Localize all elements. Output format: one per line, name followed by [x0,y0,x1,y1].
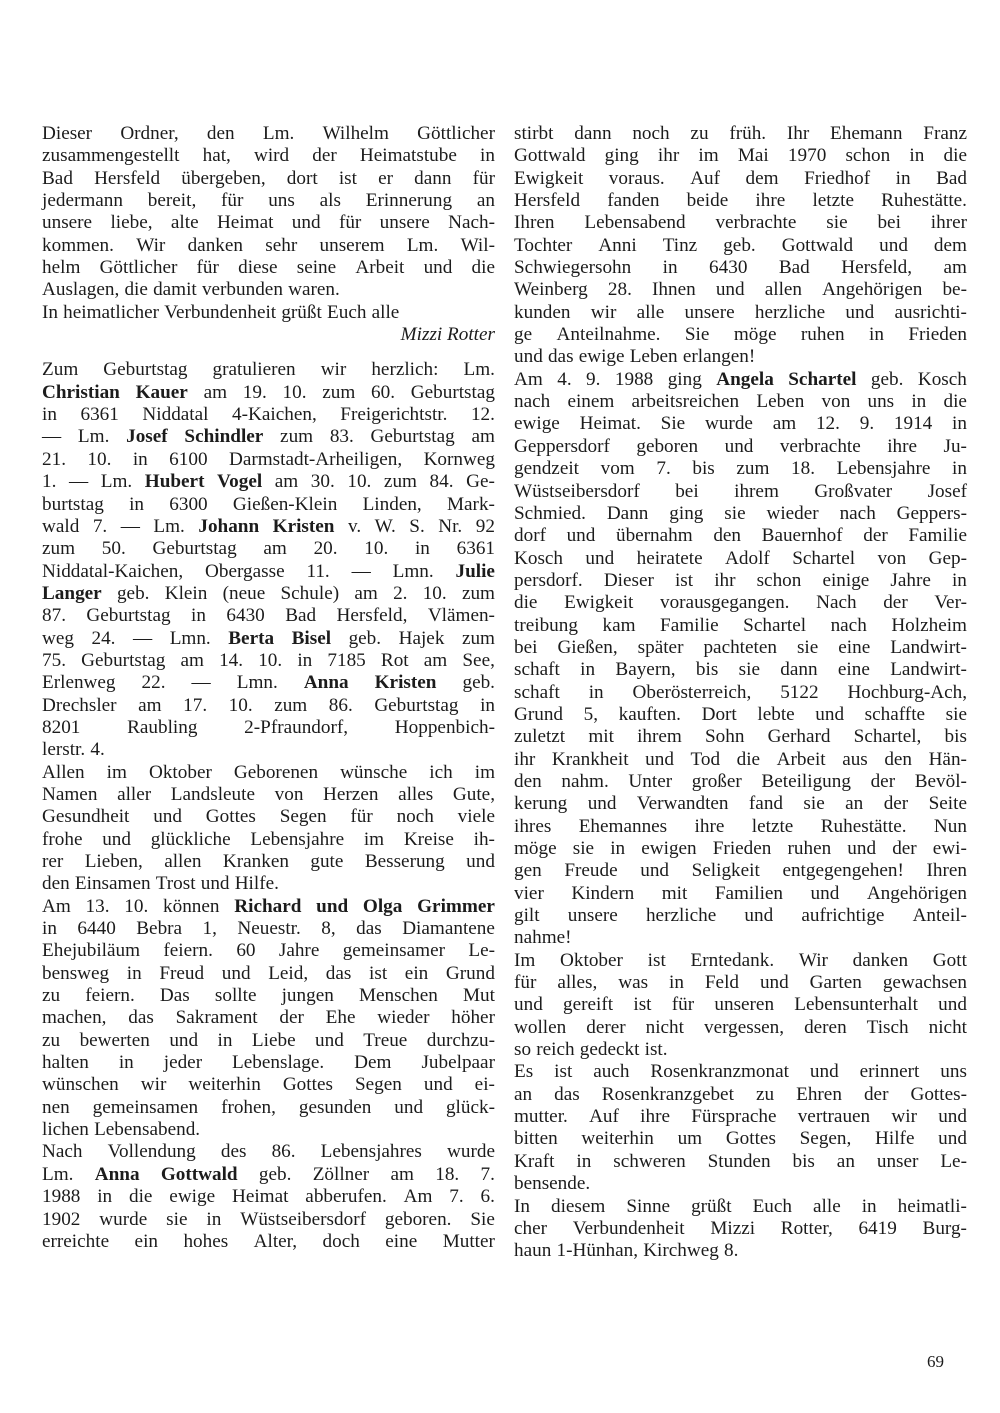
text-line: haun1-Hünhan,Kirchweg8. [514,1240,967,1262]
word: 7185 [327,650,365,672]
word: Lieben, [85,851,143,873]
word: Lebensabend. [94,1119,200,1141]
text-line: wald7.—Lm.JohannKristenv.W.S.Nr.92 [42,516,495,538]
word: schon [845,145,890,167]
word: in [610,838,625,860]
word: Ordner, [120,123,178,145]
word: in [415,538,430,560]
word: Wüstseibersdorf [514,481,640,503]
word: und [744,905,773,927]
word: sie [946,704,967,726]
word: wieder [766,503,818,525]
word: Verbundenheit [573,1218,685,1240]
text-line: dieEwigkeitvorausgegangen.NachderVer- [514,592,967,614]
word: sie [166,1209,187,1231]
word: Auf [690,168,720,190]
word: zu [42,985,60,1007]
word: Am [514,369,543,391]
word: gereift [563,994,613,1016]
word: er [378,168,393,190]
text-line: zusammengestellthat,wirdderHeimatstubein [42,145,495,167]
word: bis [792,1151,814,1173]
text-line: nengemeinsamenfrohen,gesundenundglück- [42,1097,495,1119]
text-line: WüstseibersdorfbeiihremGroßvaterJosef [514,481,967,503]
word: ich [429,762,452,784]
text-line: weg24.—Lmn.BertaBiselgeb.Hajekzum [42,628,495,650]
word: Klein [165,583,208,605]
word: Verwandten [637,793,729,815]
word: noch [397,806,434,828]
word: sie [826,212,847,234]
word: erlangen! [683,346,755,368]
text-line: Erlenweg22.—Lmn.AnnaKristengeb. [42,672,495,694]
word: Ihnen [652,279,696,301]
word: von [877,548,906,570]
word: was [618,972,648,994]
word: 10. [229,695,253,717]
word: sehr [265,235,297,257]
word: und [645,749,674,771]
word: Kirchweg [643,1240,719,1262]
word: heimatlicher [63,302,159,324]
word: Tochter [514,235,572,257]
word: erreichte [42,1231,109,1253]
word: ein [405,963,428,985]
word: 10. [124,896,148,918]
word: ihr [514,749,535,771]
folder-handover-paragraph: DieserOrdner,denLm.WilhelmGöttlicherzusa… [42,123,495,302]
word: 4-Kaichen, [232,404,317,426]
word: — [352,561,371,583]
word: Lm. [153,516,184,538]
word: in [589,682,604,704]
word: Stunden [708,1151,771,1173]
word: 1988 [42,1186,80,1208]
word: Krankheit [552,749,629,771]
word: in [297,650,312,672]
word: kam [602,615,635,637]
word: gewachsen [883,972,967,994]
word: übergeben, [181,168,265,190]
word: und [938,1106,967,1128]
signature-mizzi-rotter: Mizzi Rotter [42,324,495,346]
text-line: —Lm.JosefSchindlerzum83.Geburtstagam [42,426,495,448]
word: herzliche [755,302,825,324]
word: 18. [435,1164,459,1186]
word: rer [42,851,63,873]
word: Garten [810,972,862,994]
word: übernahm [616,525,693,547]
word: uns [940,1061,967,1083]
word: in [42,404,57,426]
bold-name: Hubert [145,471,205,493]
word: zum [384,471,417,493]
word: Segen, [800,1128,852,1150]
word: ist [554,1061,572,1083]
word: Segen [280,806,327,828]
word: in [119,1052,134,1074]
bold-name: Kauer [136,382,188,404]
word: des [221,1141,247,1163]
text-line: Weinberg28.IhnenundallenAngehörigenbe- [514,279,967,301]
word: dann [414,168,451,190]
word: die [472,257,495,279]
word: Gerhard [768,726,831,748]
word: — [121,516,140,538]
word: aufrichtige [801,905,884,927]
word: Geburtstag [411,382,495,404]
word: ihr [714,570,735,592]
word: ihrer [931,212,967,234]
word: Hochburg-Ach, [847,682,967,704]
text-line: Ehejubiläumfeiern.60JahregemeinsamerLe- [42,940,495,962]
word: allen [164,851,201,873]
word: weiterhin [581,1128,653,1150]
word: Lm. [263,123,294,145]
word: Franz [923,123,967,145]
word: Hilfe. [235,873,279,895]
bold-name: Josef [126,426,168,448]
word: kommen. [42,235,114,257]
word: sollte [215,985,257,1007]
word: Jahre [890,570,930,592]
word: und [640,860,669,882]
word: erinnert [860,1061,920,1083]
word: heimatli- [898,1196,967,1218]
word: um [678,1128,703,1150]
word: danken [853,950,908,972]
bold-name: Christian [42,382,120,404]
word: Oberösterreich, [633,682,752,704]
text-line: denEinsamenTrostundHilfe. [42,873,495,895]
word: Hersfeld [94,168,160,190]
word: Schartel [743,615,806,637]
word: treibung [514,615,578,637]
bold-name: Kristen [273,516,335,538]
word: Sie [661,413,686,435]
word: Sie [470,1209,495,1231]
word: Le- [468,940,495,962]
word: Heimatstube [360,145,457,167]
text-line: GeppersdorfgeborenundverbrachteihreJu- [514,436,967,458]
word: Liebe [252,1030,296,1052]
text-line: NamenallerLandsleutevonHerzenallesGute, [42,784,495,806]
text-line: helmGöttlicherfürdieseseineArbeitunddie [42,257,495,279]
text-line: lerstr.4. [42,739,495,761]
text-line: stirbtdannnochzufrüh.IhrEhemannFranz [514,123,967,145]
word: den [713,525,741,547]
word: diese [238,257,277,279]
word: Ehemannes [579,816,667,838]
text-line: schaftinOberösterreich,5122Hochburg-Ach, [514,682,967,704]
word: Lmn. [237,672,278,694]
bold-name: Schartel [788,369,856,391]
bold-name: Julie [456,561,495,583]
word: 8. [724,1240,738,1262]
word: zuletzt [514,726,565,748]
word: Hän- [929,749,967,771]
text-line: zum50.Geburtstagam20.10.in6361 [42,538,495,560]
text-line: 1.—Lm.HubertVogelam30.10.zum84.Ge- [42,471,495,493]
word: Lebenslage. [232,1052,324,1074]
word: Holzheim [891,615,967,637]
word: hat, [203,145,231,167]
word: für [672,994,694,1016]
word: in [129,494,144,516]
word: Friedhof [804,168,870,190]
word: und [424,257,453,279]
word: doch [323,1231,360,1253]
text-line: unsereliebe,alteHeimatundfürunsereNach- [42,212,495,234]
word: Mai [738,145,769,167]
word: aller [117,784,151,806]
word: bitten [514,1128,558,1150]
word: Sohn [705,726,744,748]
word: geb. [723,235,756,257]
word: halten [42,1052,89,1074]
word: 6430 [226,605,264,627]
word: in [191,605,206,627]
word: durchzu- [427,1030,495,1052]
word: Lm. [101,471,132,493]
word: 10. [258,650,282,672]
bold-name: Johann [198,516,259,538]
word: unser [877,1151,919,1173]
word: Heimat [217,212,273,234]
word: nahme! [514,927,572,949]
word: Gute, [453,784,495,806]
word: Erinnerung [366,190,452,212]
word: 12. [471,404,495,426]
word: Lm. [42,1164,73,1186]
word: zum [280,426,313,448]
word: schaft [514,682,560,704]
word: Trost [156,873,196,895]
word: Lebensjahres [321,1141,422,1163]
word: Geburtstag [103,359,187,381]
word: Lmn. [393,561,434,583]
word: persdorf. [514,570,583,592]
word: 86. [329,695,353,717]
word: Hersfeld, [337,605,408,627]
word: 19. [243,382,267,404]
word: am [424,650,447,672]
word: die [514,592,537,614]
word: unsere [380,212,430,234]
word: Bauernhof [762,525,843,547]
word: großer [692,771,742,793]
word: unseren [714,994,774,1016]
bold-name: Anna [95,1164,140,1186]
text-line: EsistauchRosenkranzmonatunderinnertuns [514,1061,967,1083]
word: helm [42,257,80,279]
word: Bad [936,168,967,190]
text-line: ImOktoberistErntedank.WirdankenGott [514,950,967,972]
word: be- [942,279,967,301]
word: Nach [42,1141,82,1163]
word: Fürsprache [691,1106,776,1128]
word: Zöllner [313,1164,369,1186]
word: arbeitsreichen [632,391,740,413]
word: am [773,413,796,435]
word: gesunden [299,1097,371,1119]
word: dann [780,659,817,681]
word: cher [514,1218,547,1240]
word: ihrem [637,726,682,748]
text-line: HersfeldfandenbeideihreletzteRuhestätte. [514,190,967,212]
word: Frieden [713,838,772,860]
word: Leid, [268,963,308,985]
word: können [163,896,220,918]
word: und [815,704,844,726]
word: Auf [589,1106,619,1128]
word: wald [42,516,79,538]
word: — [192,672,211,694]
text-line: dorfundübernahmdenBauernhofderFamilie [514,525,967,547]
word: dorf [514,525,546,547]
word: und [938,994,967,1016]
word: 8, [321,918,335,940]
word: und [222,963,251,985]
word: Großvater [814,481,892,503]
october-wishes-paragraph: AllenimOktoberGeborenenwünscheichimNamen… [42,762,495,896]
word: Ihren [927,860,967,882]
word: deren [804,1017,847,1039]
bold-name: Kristen [375,672,437,694]
word: Das [160,985,190,1007]
word: Gottwald [782,235,853,257]
word: jedermann [42,190,123,212]
word: Ehemann [830,123,902,145]
word: in [909,145,924,167]
bold-name: Vogel [217,471,262,493]
word: 6430 [709,257,747,279]
word: unsere [685,302,735,324]
word: ewige [579,346,625,368]
word: bis [945,726,967,748]
word: Ewigkeit [564,592,633,614]
text-line: machen,dasSakramentderEhewiederhöher [42,1007,495,1029]
word: 87. [42,605,66,627]
word: ihre [640,1106,670,1128]
word: so [514,1039,531,1061]
diamond-anniversary-paragraph: Am13.10.könnenRichardundOlgaGrimmerin644… [42,896,495,1142]
text-line: kerungundVerwandtenfandsieanderSeite [514,793,967,815]
text-line: wollenderernichtvergessen,derenTischnich… [514,1017,967,1039]
word: Dem [354,1052,391,1074]
word: Unter [628,771,672,793]
word: am [390,1164,413,1186]
word: 5, [584,704,598,726]
word: und [847,838,876,860]
word: Ge- [466,471,495,493]
word: Kornweg [424,449,495,471]
word: Geburtstag [371,426,455,448]
word: 1988 [615,369,653,391]
word: gendzeit [514,458,579,480]
word: pachteten [703,637,777,659]
word: Adolf [725,548,770,570]
bold-name: Richard [234,896,301,918]
word: Dieser [604,570,654,592]
word: schon [757,570,802,592]
word: Schartel [792,548,855,570]
word: herzlich: [371,359,438,381]
word: zum [274,695,307,717]
word: unserem [320,235,385,257]
word: möge [514,838,557,860]
word: und [394,1097,423,1119]
word: Geburtstag [86,605,170,627]
word: Nach [816,592,856,614]
word: zu [690,123,708,145]
word: das [554,1084,580,1106]
word: und [811,883,840,905]
word: dem [746,168,779,190]
word: Göttlicher [100,257,178,279]
word: Weinberg [514,279,588,301]
word: Wüstseibersdorf [240,1209,366,1231]
word: frohen, [221,1097,276,1119]
word: in [663,257,678,279]
word: uns [867,391,894,413]
text-line: persdorf.DieseristihrschoneinigeJahrein [514,570,967,592]
word: wir [141,1074,167,1096]
word: auch [593,1061,629,1083]
word: 84. [430,471,454,493]
text-line: Schmied.DanngingsiewiedernachGeppers- [514,503,967,525]
word: sie [739,659,760,681]
word: ein [135,1231,158,1253]
word: Geburtstag [81,650,165,672]
word: Rosenkranzgebet [602,1084,734,1106]
word: Dieser [42,123,92,145]
word: Ehren [796,1084,842,1106]
word: Sie [685,324,710,346]
word: Tinz [663,235,698,257]
word: und [567,525,596,547]
word: 6361 [80,404,118,426]
word: 1970 [788,145,826,167]
word: Vollendung [108,1141,196,1163]
word: derer [586,1017,625,1039]
text-line: 21.10.in6100Darmstadt-Arheiligen,Kornweg [42,449,495,471]
word: der [884,793,909,815]
word: Landwirt- [890,659,967,681]
word: die [944,145,967,167]
word: Lebensunterhalt [794,994,918,1016]
word: 9. [586,369,600,391]
word: Rosenkranzmonat [650,1061,789,1083]
word: kerung [514,793,567,815]
word: dem [934,235,967,257]
obituary-anna-gottwald-continued-paragraph: stirbtdannnochzufrüh.IhrEhemannFranzGott… [514,123,967,369]
closing-greeting-paragraph: IndiesemSinnegrüßtEuchalleinheimatli-che… [514,1196,967,1263]
word: im [475,762,495,784]
word: Heimat [232,1186,288,1208]
birthday-paragraph: ZumGeburtstaggratulierenwirherzlich:Lm.C… [42,359,495,761]
word: Rotter, [781,1218,833,1240]
word: die [943,391,966,413]
word: Gottes [283,1074,333,1096]
word: viele [458,806,495,828]
word: zum [42,538,75,560]
word: Gottes [726,1128,776,1150]
text-line: 87.Geburtstagin6430BadHersfeld,Vlämen- [42,605,495,627]
word: fanden [607,190,659,212]
word: von [275,784,304,806]
word: dort [287,168,318,190]
